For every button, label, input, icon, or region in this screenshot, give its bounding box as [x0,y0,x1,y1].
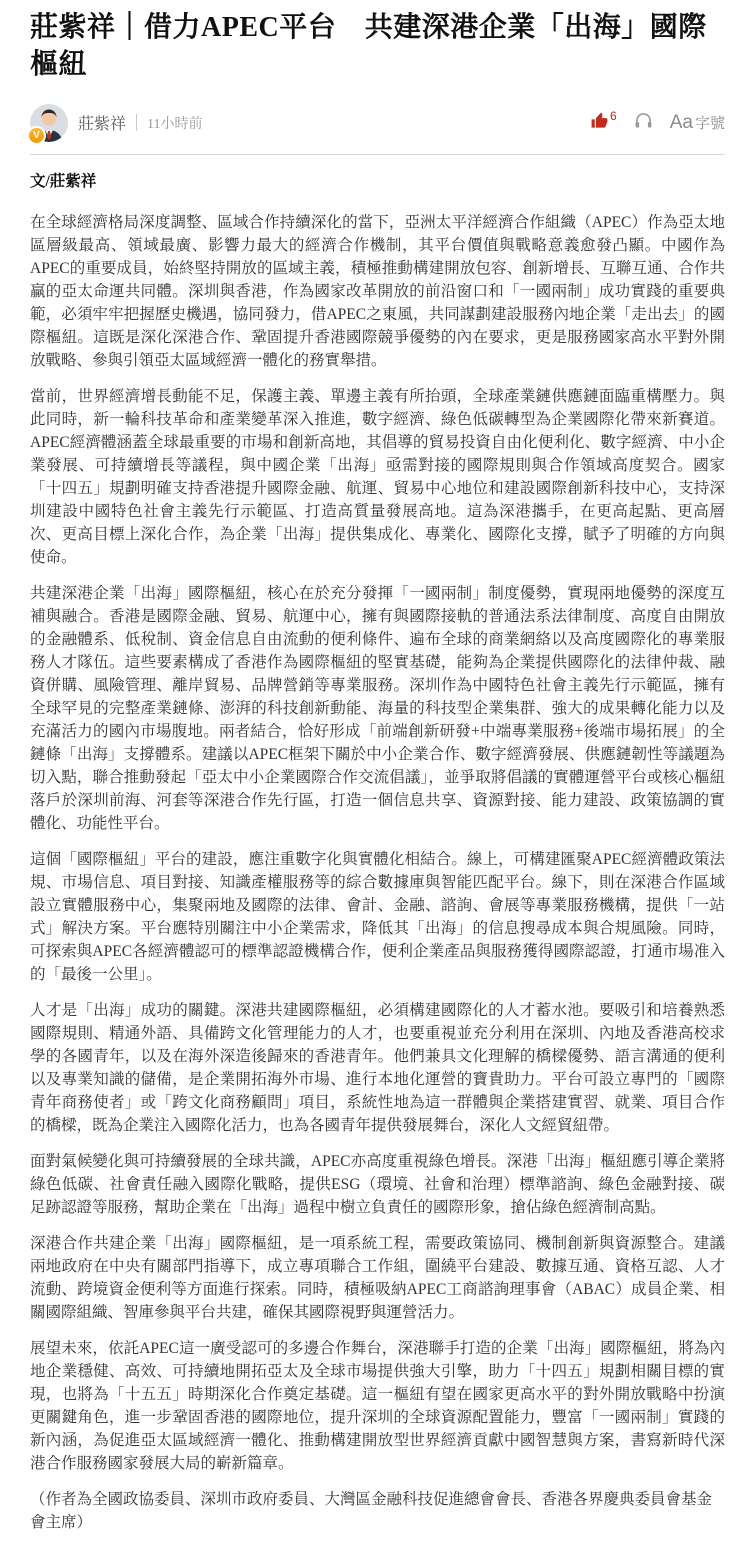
font-size-button[interactable]: Aa 字號 [670,112,725,134]
article-paragraph: 這個「國際樞紐」平台的建設，應注重數字化與實體化相結合。線上，可構建匯聚APEC… [30,848,725,986]
article-body: 文/莊紫祥 在全球經濟格局深度調整、區域合作持續深化的當下，亞洲太平洋經濟合作組… [30,169,725,1534]
font-size-label: 字號 [695,112,725,133]
author-footnote: （作者為全國政協委員、深圳市政府委員、大灣區金融科技促進總會會長、香港各界慶典委… [30,1488,725,1534]
article-paragraph: 在全球經濟格局深度調整、區域合作持續深化的當下，亞洲太平洋經濟合作組織（APEC… [30,211,725,372]
author-bar: V 莊紫祥 11小時前 6 [30,100,725,146]
publish-time: 11小時前 [147,113,202,133]
like-count: 6 [610,109,617,123]
article-paragraph: 共建深港企業「出海」國際樞紐，核心在於充分發揮「一國兩制」制度優勢，實現兩地優勢… [30,582,725,835]
listen-button[interactable] [633,110,654,136]
article-paragraph: 面對氣候變化與可持續發展的全球共識，APEC亦高度重視綠色增長。深港「出海」樞紐… [30,1150,725,1219]
like-button[interactable]: 6 [590,111,617,135]
article-title: 莊紫祥｜借力APEC平台 共建深港企業「出海」國際樞紐 [30,10,725,84]
author-avatar[interactable]: V [30,104,68,142]
meta-divider [136,114,137,131]
author-name[interactable]: 莊紫祥 [78,111,126,134]
article-paragraph: 人才是「出海」成功的關鍵。深港共建國際樞紐，必須構建國際化的人才蓄水池。要吸引和… [30,999,725,1137]
article-page: 莊紫祥｜借力APEC平台 共建深港企業「出海」國際樞紐 [0,0,755,1558]
header-divider [30,154,725,155]
article-paragraph: 當前，世界經濟增長動能不足，保護主義、單邊主義有所抬頭，全球產業鏈供應鏈面臨重構… [30,385,725,569]
article-paragraph: 展望未來，依託APEC這一廣受認可的多邊合作舞台，深港聯手打造的企業「出海」國際… [30,1337,725,1475]
font-size-aa-icon: Aa [670,112,693,134]
article-actions: 6 Aa 字號 [590,110,725,136]
verified-badge: V [27,126,46,145]
article-paragraph: 深港合作共建企業「出海」國際樞紐，是一項系統工程，需要政策協同、機制創新與資源整… [30,1232,725,1324]
thumb-up-icon [590,111,609,135]
article-byline: 文/莊紫祥 [30,169,725,191]
headphone-icon [633,110,654,136]
